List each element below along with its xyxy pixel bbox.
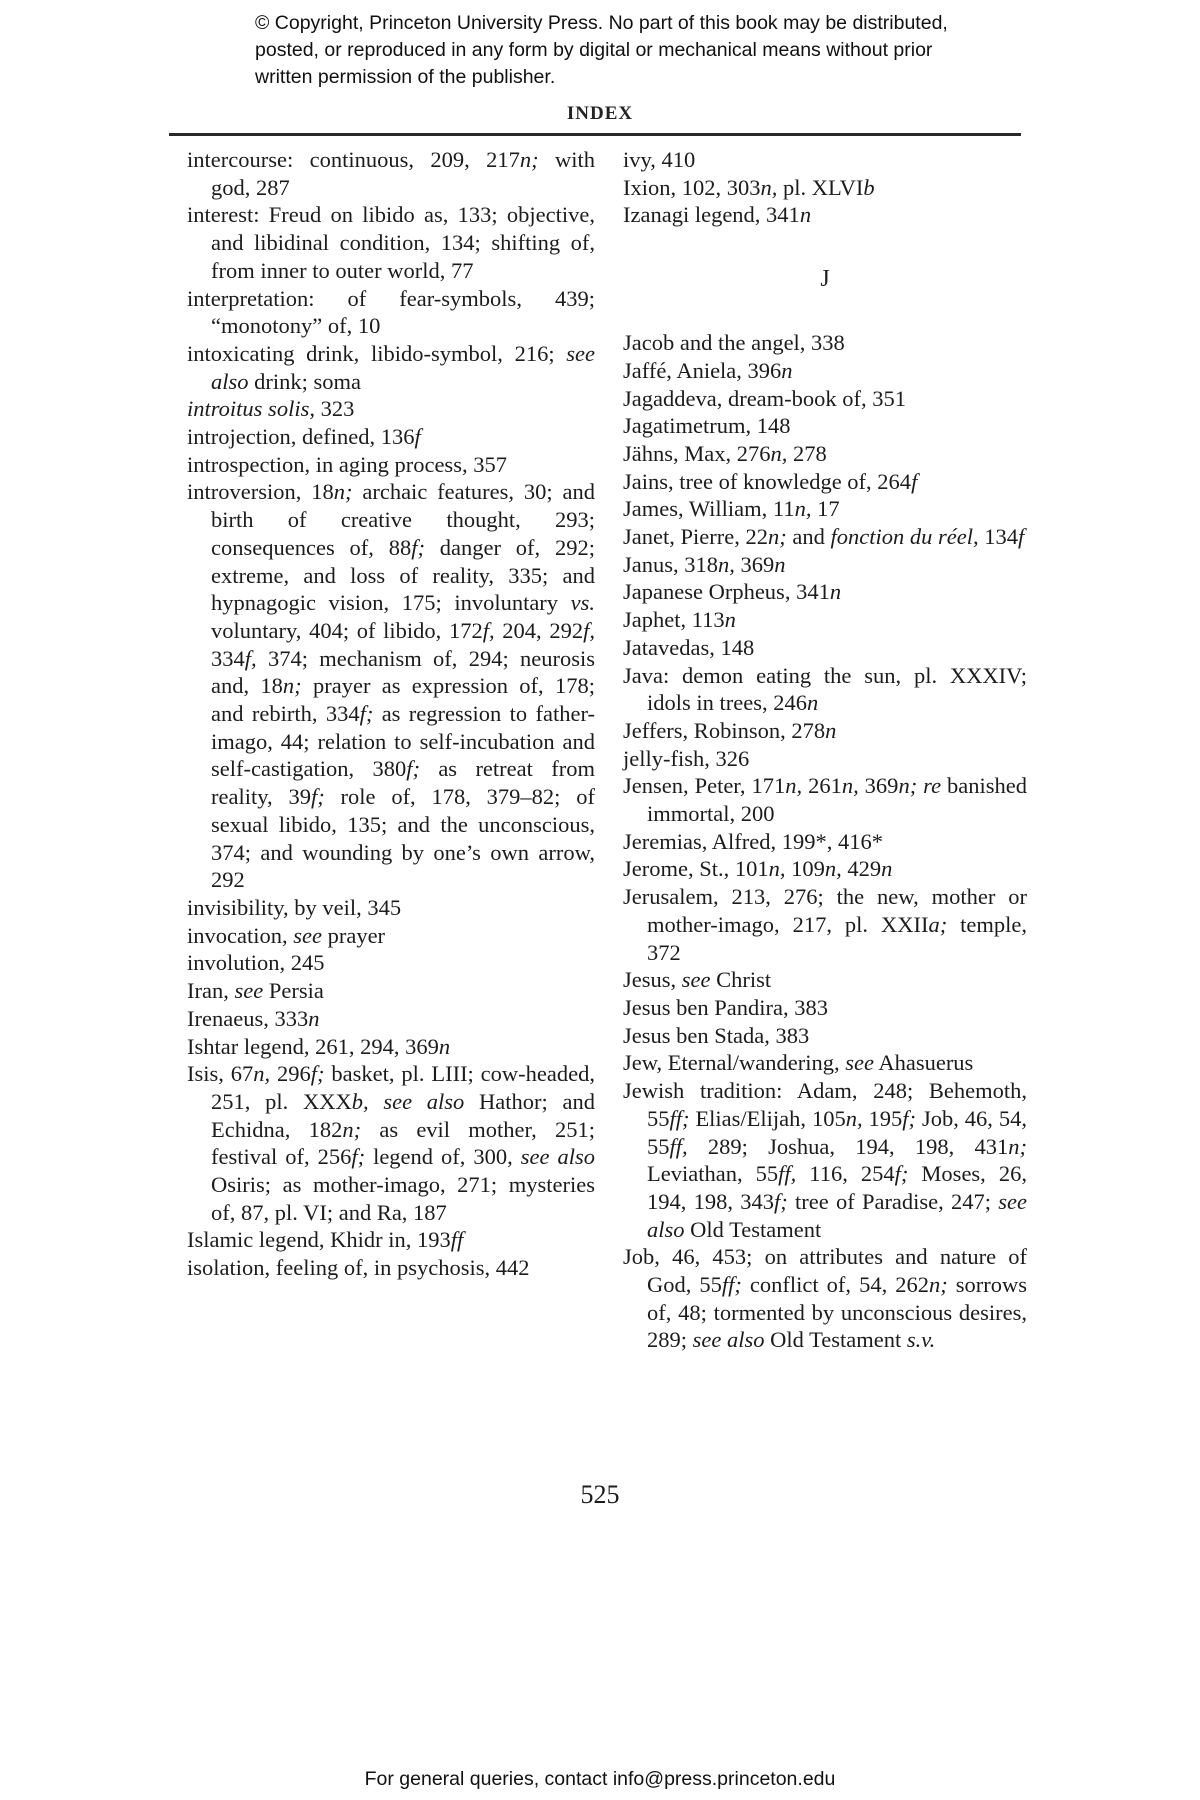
index-entry: Irenaeus, 333n xyxy=(187,1005,595,1033)
index-entry: Iran, see Persia xyxy=(187,977,595,1005)
text-run: Jagaddeva, dream-book of, 351 xyxy=(623,386,906,411)
index-entry: Jähns, Max, 276n, 278 xyxy=(623,440,1027,468)
index-entry: Jeffers, Robinson, 278n xyxy=(623,717,1027,745)
text-run: 334 xyxy=(211,646,245,671)
italic-run: ff; xyxy=(670,1106,690,1131)
text-run: 296 xyxy=(270,1061,311,1086)
index-entry: intercourse: continuous, 209, 217n; with… xyxy=(187,146,595,201)
italic-run: n; xyxy=(520,147,539,172)
text-run: invisibility, by veil, 345 xyxy=(187,895,401,920)
italic-run: see xyxy=(845,1050,874,1075)
text-run: ivy, 410 xyxy=(623,147,695,172)
italic-run: n; xyxy=(342,1117,361,1142)
index-entry: Jains, tree of knowledge of, 264f xyxy=(623,468,1027,496)
italic-run: see also xyxy=(693,1327,765,1352)
italic-run: f, xyxy=(483,618,495,643)
italic-run: f; xyxy=(774,1189,788,1214)
index-entry: Ishtar legend, 261, 294, 369n xyxy=(187,1033,595,1061)
italic-run: n, xyxy=(718,552,735,577)
text-run: introspection, in aging process, 357 xyxy=(187,452,507,477)
italic-run: n xyxy=(774,552,785,577)
text-run: Irenaeus, 333 xyxy=(187,1006,308,1031)
text-run: Ahasuerus xyxy=(874,1050,973,1075)
text-run: Jerome, St., 101 xyxy=(623,856,769,881)
text-run: intoxicating drink, libido-symbol, 216; xyxy=(187,341,566,366)
italic-run: n xyxy=(308,1006,319,1031)
text-run: voluntary, 404; of libido, 172 xyxy=(211,618,483,643)
text-run: 323 xyxy=(315,396,354,421)
italic-run: n xyxy=(725,607,736,632)
text-run: 195 xyxy=(863,1106,903,1131)
text-run: 369 xyxy=(859,773,899,798)
text-run: Jains, tree of knowledge of, 264 xyxy=(623,469,911,494)
text-run: 289; Joshua, 194, 198, 431 xyxy=(688,1134,1009,1159)
text-run: Persia xyxy=(263,978,324,1003)
text-run: Jesus, xyxy=(623,967,682,992)
text-run: 261 xyxy=(802,773,842,798)
index-entry: Jagaddeva, dream-book of, 351 xyxy=(623,385,1027,413)
copyright-notice: © Copyright, Princeton University Press.… xyxy=(255,10,975,91)
text-run: Janet, Pierre, 22 xyxy=(623,524,768,549)
text-run: prayer xyxy=(322,923,385,948)
text-run: interest: Freud on libido as, 133; objec… xyxy=(187,202,595,282)
text-run: Jesus ben Stada, 383 xyxy=(623,1023,809,1048)
text-run: Old Testament xyxy=(685,1217,822,1242)
italic-run: b, see also xyxy=(352,1089,465,1114)
index-entry: interest: Freud on libido as, 133; objec… xyxy=(187,201,595,284)
text-run: Jeffers, Robinson, 278 xyxy=(623,718,825,743)
italic-run: n xyxy=(439,1034,450,1059)
italic-run: n, xyxy=(771,441,788,466)
italic-run: see xyxy=(293,923,322,948)
text-run: Isis, 67 xyxy=(187,1061,253,1086)
italic-run: n, xyxy=(795,496,812,521)
italic-run: n, xyxy=(842,773,859,798)
text-run: pl. XLVI xyxy=(777,175,863,200)
index-entry: Jaffé, Aniela, 396n xyxy=(623,357,1027,385)
italic-run: n xyxy=(825,718,836,743)
index-entry: ivy, 410 xyxy=(623,146,1027,174)
index-entry: Jewish tradition: Adam, 248; Behemoth, 5… xyxy=(623,1077,1027,1243)
index-entry: Jensen, Peter, 171n, 261n, 369n; re bani… xyxy=(623,772,1027,827)
italic-run: ff, xyxy=(778,1161,796,1186)
index-entry: interpretation: of fear-symbols, 439; “m… xyxy=(187,285,595,340)
italic-run: ff xyxy=(451,1227,464,1252)
text-run: 109 xyxy=(786,856,825,881)
index-entry: Jerome, St., 101n, 109n, 429n xyxy=(623,855,1027,883)
index-entry: introjection, defined, 136f xyxy=(187,423,595,451)
text-run: 369 xyxy=(735,552,774,577)
text-run: Elias/Elijah, 105 xyxy=(690,1106,846,1131)
italic-run: ff, xyxy=(670,1134,688,1159)
italic-run: f xyxy=(1018,524,1024,549)
index-entry: intoxicating drink, libido-symbol, 216; … xyxy=(187,340,595,395)
index-entry: Jesus, see Christ xyxy=(623,966,1027,994)
index-entry: jelly-fish, 326 xyxy=(623,745,1027,773)
index-entry: Jacob and the angel, 338 xyxy=(623,329,1027,357)
italic-run: see xyxy=(234,978,263,1003)
italic-run: see also xyxy=(521,1144,595,1169)
index-entry: Izanagi legend, 341n xyxy=(623,201,1027,229)
text-run: Izanagi legend, 341 xyxy=(623,202,800,227)
italic-run: n; xyxy=(929,1272,948,1297)
index-entry: invocation, see prayer xyxy=(187,922,595,950)
italic-run: n xyxy=(781,358,792,383)
index-entry: introitus solis, 323 xyxy=(187,395,595,423)
text-run: Jesus ben Pandira, 383 xyxy=(623,995,828,1020)
italic-run: f, xyxy=(245,646,257,671)
text-run: and xyxy=(787,524,831,549)
index-entry: Japanese Orpheus, 341n xyxy=(623,578,1027,606)
text-run: Jensen, Peter, 171 xyxy=(623,773,785,798)
index-entry: invisibility, by veil, 345 xyxy=(187,894,595,922)
text-run: 116, 254 xyxy=(796,1161,894,1186)
italic-run: b xyxy=(863,175,874,200)
italic-run: f; xyxy=(311,1061,325,1086)
index-entry: Jerusalem, 213, 276; the new, mother or … xyxy=(623,883,1027,966)
italic-run: n, xyxy=(785,773,802,798)
index-column-left: intercourse: continuous, 209, 217n; with… xyxy=(187,146,595,1282)
italic-run: f; xyxy=(351,1144,365,1169)
italic-run: f; xyxy=(411,535,425,560)
text-run: Iran, xyxy=(187,978,234,1003)
text-run: Jeremias, Alfred, 199*, 416* xyxy=(623,829,883,854)
italic-run: f; xyxy=(406,756,420,781)
italic-run: n, xyxy=(253,1061,270,1086)
index-entry: involution, 245 xyxy=(187,949,595,977)
index-entry: Isis, 67n, 296f; basket, pl. LIII; cow-h… xyxy=(187,1060,595,1226)
index-entry: Ixion, 102, 303n, pl. XLVIb xyxy=(623,174,1027,202)
italic-run: fonction du réel, xyxy=(830,524,978,549)
text-run: Leviathan, 55 xyxy=(647,1161,778,1186)
index-entry: Janet, Pierre, 22n; and fonction du réel… xyxy=(623,523,1027,551)
italic-run: n, xyxy=(761,175,778,200)
text-run: Jacob and the angel, 338 xyxy=(623,330,845,355)
page-number: 525 xyxy=(0,1480,1200,1510)
italic-run: f; xyxy=(895,1161,909,1186)
italic-run: f; xyxy=(902,1106,916,1131)
text-run: Jew, Eternal/wandering, xyxy=(623,1050,845,1075)
italic-run: n xyxy=(881,856,892,881)
text-run: interpretation: of fear-symbols, 439; “m… xyxy=(187,286,595,339)
index-entries-j: Jacob and the angel, 338Jaffé, Aniela, 3… xyxy=(623,329,1027,1354)
italic-run: n xyxy=(830,579,841,604)
index-entry: Janus, 318n, 369n xyxy=(623,551,1027,579)
italic-run: f xyxy=(414,424,420,449)
text-run: Jagatimetrum, 148 xyxy=(623,413,790,438)
italic-run: introitus solis, xyxy=(187,396,315,421)
index-entry: Job, 46, 453; on attributes and nature o… xyxy=(623,1243,1027,1354)
italic-run: n; re xyxy=(898,773,941,798)
text-run: 429 xyxy=(842,856,881,881)
italic-run: n xyxy=(800,202,811,227)
text-run: Jähns, Max, 276 xyxy=(623,441,771,466)
italic-run: s.v. xyxy=(907,1327,935,1352)
italic-run: vs. xyxy=(571,590,595,615)
text-run: intercourse: continuous, 209, 217 xyxy=(187,147,520,172)
text-run: Jaffé, Aniela, 396 xyxy=(623,358,781,383)
text-run: 134 xyxy=(979,524,1018,549)
index-column-right: ivy, 410Ixion, 102, 303n, pl. XLVIbIzana… xyxy=(623,146,1027,1354)
text-run: introjection, defined, 136 xyxy=(187,424,414,449)
italic-run: f xyxy=(911,469,917,494)
text-run: James, William, 11 xyxy=(623,496,795,521)
text-run: Japhet, 113 xyxy=(623,607,725,632)
running-head: INDEX xyxy=(0,103,1200,125)
italic-run: n; xyxy=(1008,1134,1027,1159)
text-run: Japanese Orpheus, 341 xyxy=(623,579,830,604)
text-run: conflict of, 54, 262 xyxy=(742,1272,929,1297)
text-run: Old Testament xyxy=(765,1327,907,1352)
text-run: 278 xyxy=(787,441,826,466)
italic-run: n, xyxy=(846,1106,863,1131)
index-entry: Jeremias, Alfred, 199*, 416* xyxy=(623,828,1027,856)
index-entry: introversion, 18n; archaic features, 30;… xyxy=(187,478,595,894)
text-run: Christ xyxy=(711,967,772,992)
italic-run: n; xyxy=(283,673,302,698)
text-run: 204, 292 xyxy=(495,618,583,643)
text-run: Janus, 318 xyxy=(623,552,718,577)
footer-contact: For general queries, contact info@press.… xyxy=(0,1768,1200,1791)
italic-run: see xyxy=(682,967,711,992)
index-entry: Jatavedas, 148 xyxy=(623,634,1027,662)
index-entry: Jew, Eternal/wandering, see Ahasuerus xyxy=(623,1049,1027,1077)
text-run: isolation, feeling of, in psychosis, 442 xyxy=(187,1255,529,1280)
index-entry: Islamic legend, Khidr in, 193ff xyxy=(187,1226,595,1254)
index-entry: Jesus ben Pandira, 383 xyxy=(623,994,1027,1022)
index-entry: James, William, 11n, 17 xyxy=(623,495,1027,523)
italic-run: f; xyxy=(360,701,374,726)
index-entry: Jagatimetrum, 148 xyxy=(623,412,1027,440)
text-run: jelly-fish, 326 xyxy=(623,746,749,771)
index-entry: Japhet, 113n xyxy=(623,606,1027,634)
text-run: introversion, 18 xyxy=(187,479,334,504)
italic-run: ff; xyxy=(722,1272,742,1297)
index-entry: isolation, feeling of, in psychosis, 442 xyxy=(187,1254,595,1282)
text-run: Java: demon eating the sun, pl. XXXIV; i… xyxy=(623,663,1027,716)
text-run: Jatavedas, 148 xyxy=(623,635,754,660)
index-entry: Java: demon eating the sun, pl. XXXIV; i… xyxy=(623,662,1027,717)
index-entry: introspection, in aging process, 357 xyxy=(187,451,595,479)
italic-run: n, xyxy=(769,856,786,881)
text-run: Osiris; as mother-imago, 271; mysteries … xyxy=(211,1172,595,1225)
index-entries-i-continued: ivy, 410Ixion, 102, 303n, pl. XLVIbIzana… xyxy=(623,146,1027,229)
text-run: drink; soma xyxy=(249,369,362,394)
text-run: tree of Paradise, 247; xyxy=(788,1189,999,1214)
italic-run: f, xyxy=(583,618,595,643)
italic-run: n; xyxy=(768,524,787,549)
text-run: invocation, xyxy=(187,923,293,948)
text-run: involution, 245 xyxy=(187,950,325,975)
header-rule xyxy=(169,133,1021,136)
section-letter-heading: J xyxy=(623,229,1027,329)
text-run: Islamic legend, Khidr in, 193 xyxy=(187,1227,451,1252)
italic-run: n xyxy=(807,690,818,715)
index-entry: Jesus ben Stada, 383 xyxy=(623,1022,1027,1050)
italic-run: n; xyxy=(334,479,353,504)
italic-run: n, xyxy=(825,856,842,881)
text-run: legend of, 300, xyxy=(365,1144,521,1169)
italic-run: f; xyxy=(311,784,325,809)
text-run: Ixion, 102, 303 xyxy=(623,175,761,200)
text-run: Ishtar legend, 261, 294, 369 xyxy=(187,1034,439,1059)
italic-run: a; xyxy=(928,912,947,937)
text-run: 17 xyxy=(811,496,839,521)
